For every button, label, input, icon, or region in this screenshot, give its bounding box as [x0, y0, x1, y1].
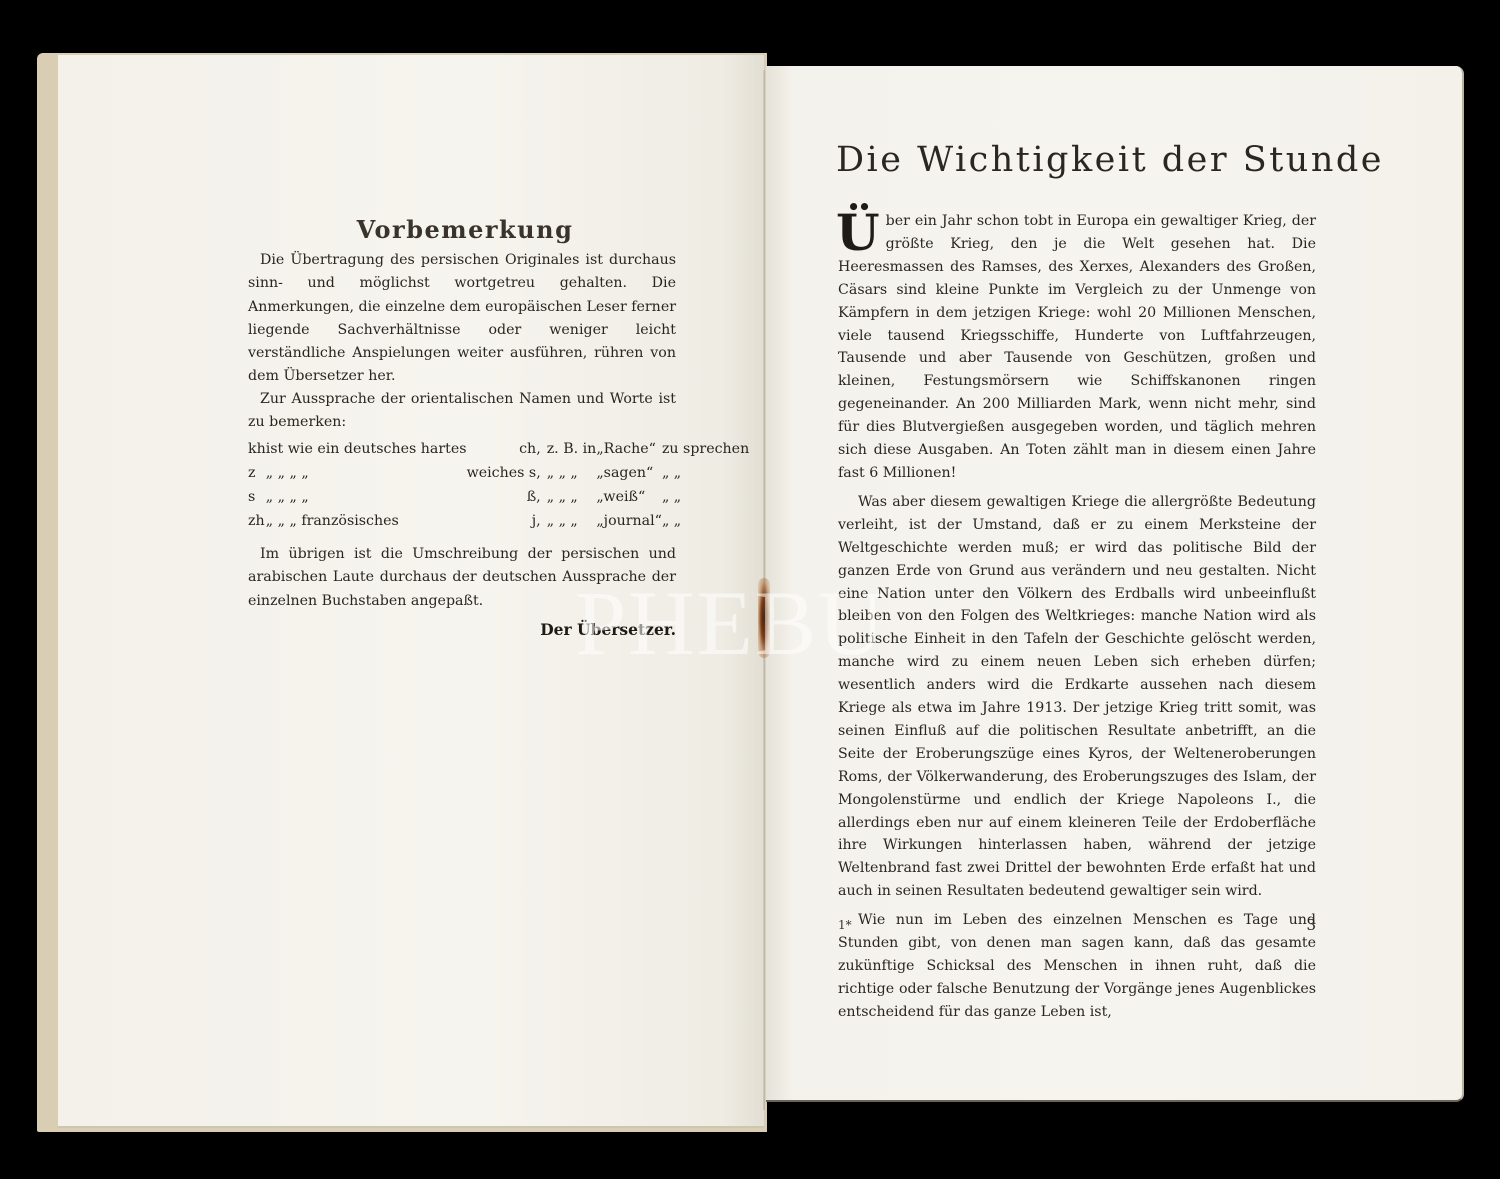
open-booklet: Vorbemerkung Die Übertragung des persisc… — [0, 0, 1500, 1179]
preface-paragraph-1: Die Übertragung des persischen Originale… — [248, 249, 676, 389]
translator-signature: Der Übersetzer. — [248, 620, 676, 639]
table-row: kh ist wie ein deutsches hartes ch, z. B… — [248, 438, 749, 462]
signature-mark: 1* — [838, 918, 852, 932]
table-row: z „ „ „ „ weiches s, „ „ „ „sagen“ „ „ — [248, 462, 749, 486]
preface-paragraph-3: Im übrigen ist die Umschreibung der pers… — [248, 543, 676, 613]
chapter-title: Die Wichtigkeit der Stunde — [836, 140, 1316, 180]
chapter-paragraph-1: Über ein Jahr schon tobt in Europa ein g… — [838, 210, 1316, 485]
chapter-paragraph-3: Wie nun im Leben des einzelnen Menschen … — [838, 909, 1316, 1024]
chapter-paragraph-2: Was aber diesem gewaltigen Kriege die al… — [838, 491, 1316, 903]
table-row: s „ „ „ „ ß, „ „ „ „weiß“ „ „ — [248, 486, 749, 510]
preface-title: Vorbemerkung — [240, 215, 690, 244]
rust-staple-stain — [758, 578, 770, 658]
page-number: 3 — [1300, 916, 1316, 934]
drop-cap: Ü — [836, 212, 880, 254]
chapter-body: Über ein Jahr schon tobt in Europa ein g… — [838, 210, 1316, 1030]
table-row: zh „ „ „ französisches j, „ „ „ „journal… — [248, 510, 749, 534]
pronunciation-table: kh ist wie ein deutsches hartes ch, z. B… — [248, 438, 749, 534]
preface-paragraph-2: Zur Aussprache der orientalischen Namen … — [248, 388, 676, 435]
pronunciation-table-wrap: kh ist wie ein deutsches hartes ch, z. B… — [248, 438, 676, 534]
